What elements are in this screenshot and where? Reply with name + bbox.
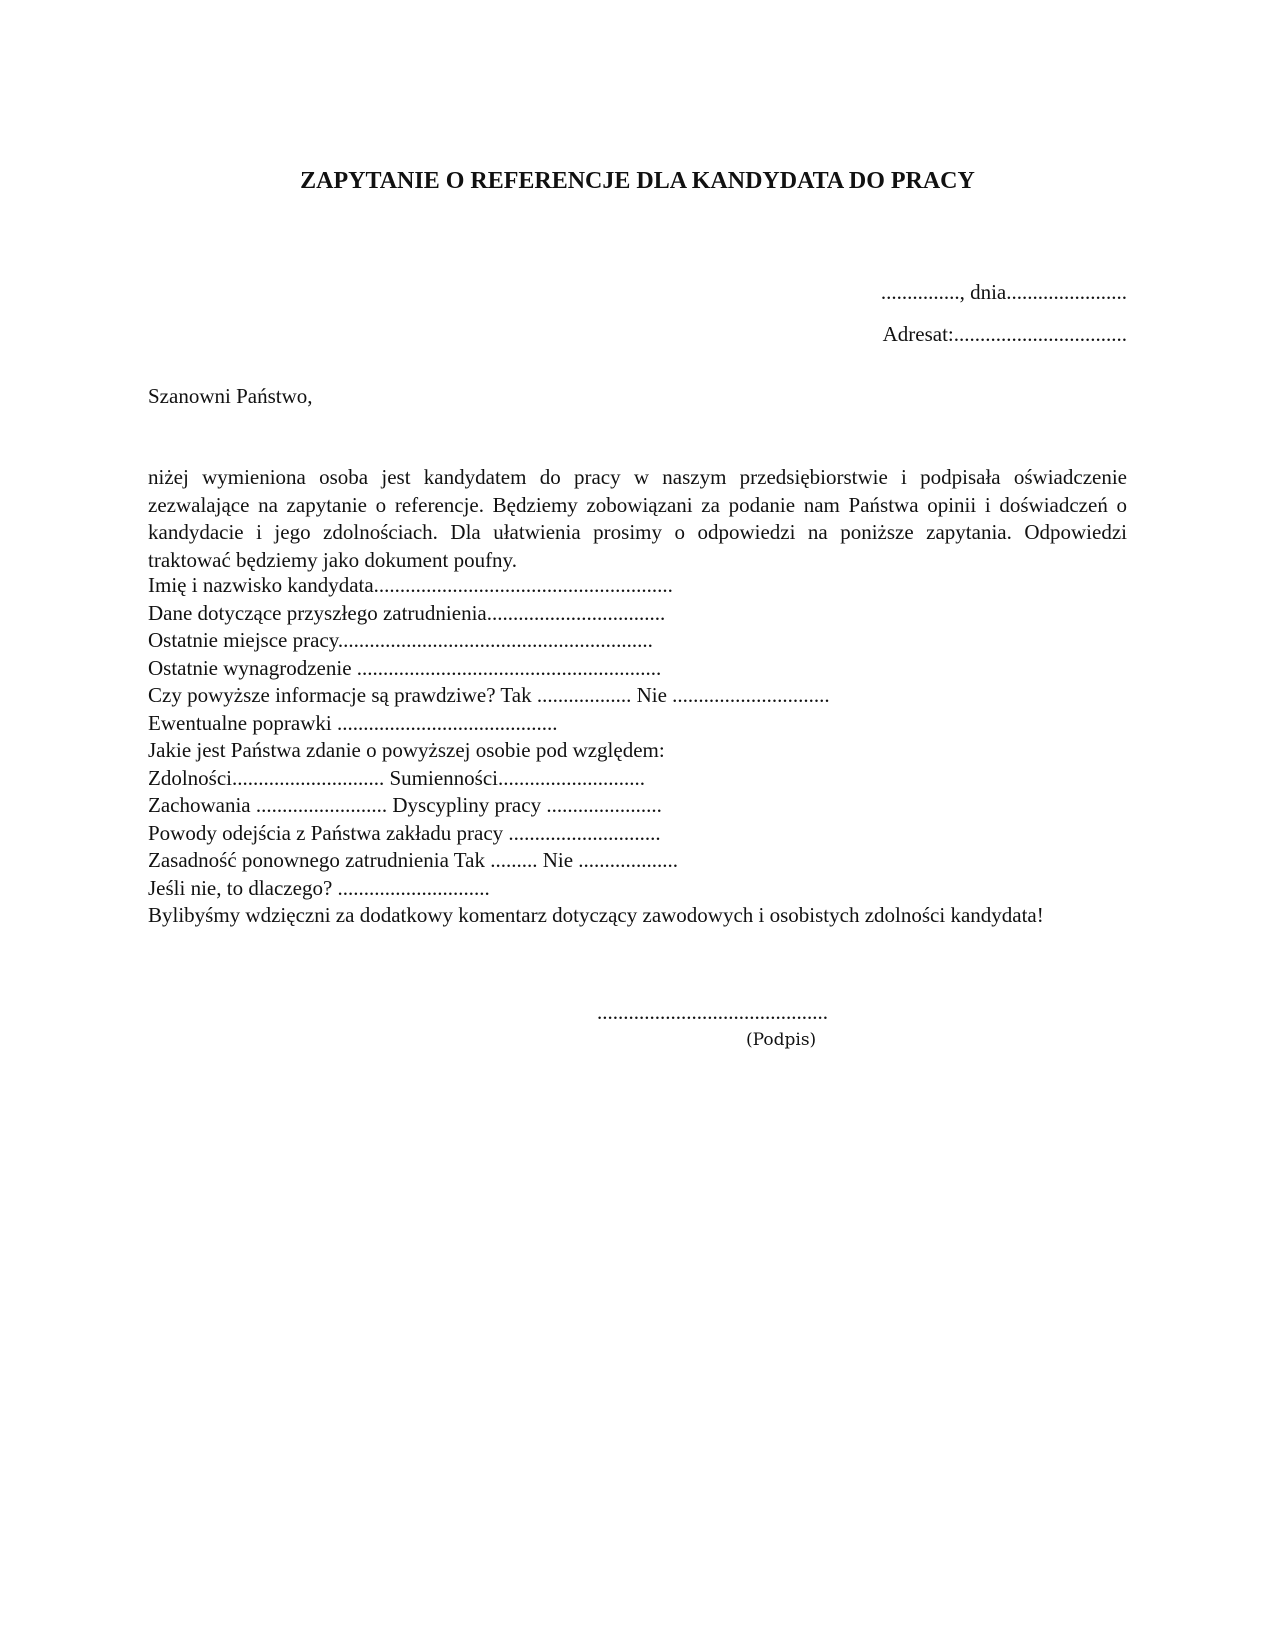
field-rehire: Zasadność ponownego zatrudnienia Tak ...… (148, 847, 1127, 875)
field-last-workplace: Ostatnie miejsce pracy..................… (148, 627, 1127, 655)
opinion-heading: Jakie jest Państwa zdanie o powyższej os… (148, 737, 1127, 765)
field-future-employment: Dane dotyczące przyszłego zatrudnienia..… (148, 600, 1127, 628)
place-date-line: ..............., dnia...................… (881, 280, 1127, 305)
signature-line: ........................................… (597, 1000, 828, 1025)
addressee-line: Adresat:................................… (883, 322, 1127, 347)
field-why-not: Jeśli nie, to dlaczego? ................… (148, 875, 1127, 903)
intro-paragraph: niżej wymieniona osoba jest kandydatem d… (148, 464, 1127, 574)
document-title: ZAPYTANIE O REFERENCJE DLA KANDYDATA DO … (0, 168, 1275, 195)
closing-paragraph: Bylibyśmy wdzięczni za dodatkowy komenta… (148, 902, 1127, 930)
field-info-true: Czy powyższe informacje są prawdziwe? Ta… (148, 682, 1127, 710)
field-behavior-discipline: Zachowania ......................... Dys… (148, 792, 1127, 820)
signature-label: (Podpis) (746, 1030, 816, 1050)
field-last-salary: Ostatnie wynagrodzenie .................… (148, 655, 1127, 683)
field-abilities-diligence: Zdolności............................. S… (148, 765, 1127, 793)
salutation: Szanowni Państwo, (148, 384, 313, 409)
field-candidate-name: Imię i nazwisko kandydata...............… (148, 572, 1127, 600)
form-fields: Imię i nazwisko kandydata...............… (148, 572, 1127, 930)
field-leaving-reasons: Powody odejścia z Państwa zakładu pracy … (148, 820, 1127, 848)
field-corrections: Ewentualne poprawki ....................… (148, 710, 1127, 738)
